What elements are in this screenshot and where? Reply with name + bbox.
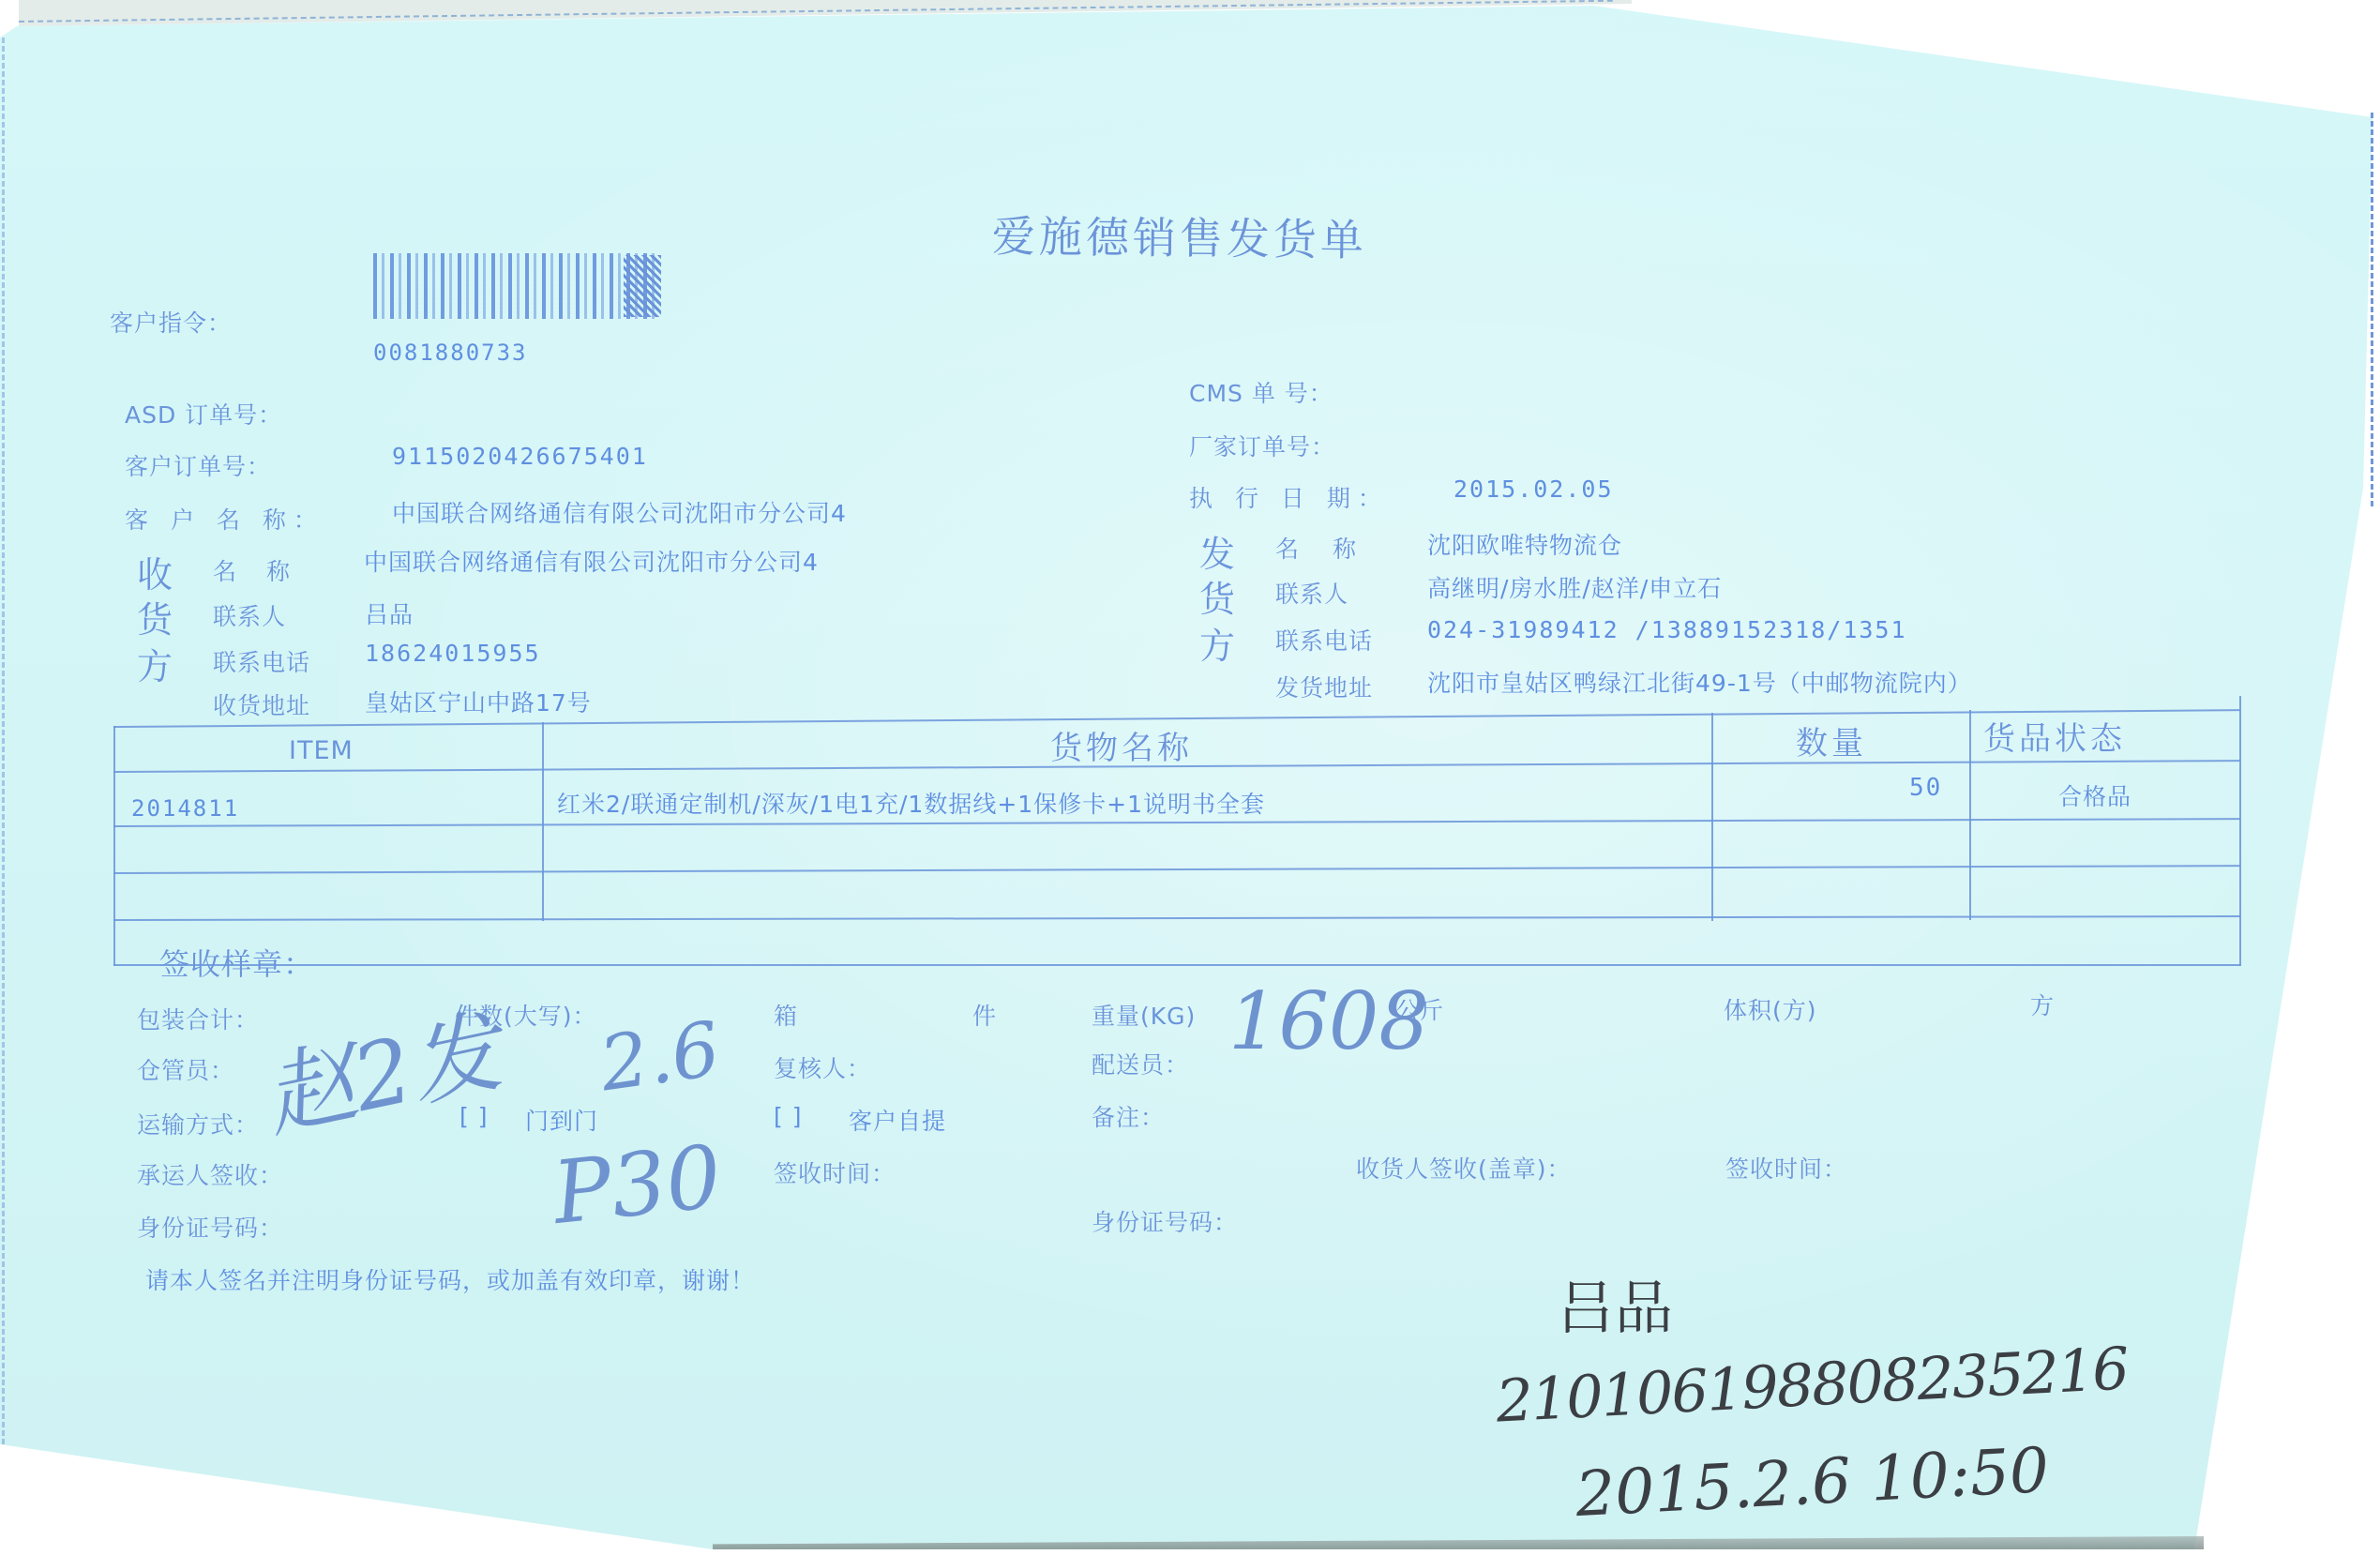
sender-contact-value: 高继明/房水胜/赵洋/申立石	[1427, 570, 1722, 604]
barcode-icon	[373, 253, 660, 319]
sender-address-value: 沈阳市皇姑区鸭绿江北街49-1号（中邮物流院内）	[1427, 665, 1972, 699]
id-number-label: 身份证号码：	[137, 1210, 283, 1244]
sender-name-value: 沈阳欧唯特物流仓	[1427, 527, 1622, 561]
sender-address-label: 发货地址	[1275, 670, 1373, 703]
signature-notice: 请本人签名并注明身份证号码，或加盖有效印章，谢谢！	[145, 1262, 755, 1296]
table-bottom-border	[113, 964, 2240, 966]
receiver-address-label: 收货地址	[213, 687, 310, 721]
row-goods-name: 红米2/联通定制机/深灰/1电1充/1数据线+1保修卡+1说明书全套	[557, 786, 1265, 820]
barcode-finder-icon	[624, 255, 661, 317]
sign-time-label: 签收时间：	[774, 1155, 896, 1189]
receiver-address-value: 皇姑区宁山中路17号	[365, 685, 592, 718]
weight-label: 重量(KG)	[1092, 998, 1196, 1032]
handwritten-p-note: P30	[549, 1126, 726, 1244]
table-right-border	[2239, 696, 2241, 966]
consignee-sign-time-label: 签收时间：	[1725, 1151, 1847, 1185]
id-number-label-right: 身份证号码：	[1092, 1204, 1238, 1238]
exec-date-label: 执 行 日 期：	[1189, 480, 1389, 514]
receiver-phone-label: 联系电话	[213, 644, 310, 678]
piece-label: 件	[972, 998, 997, 1032]
sender-side-char-2: 货	[1199, 570, 1244, 622]
customer-name-value: 中国联合网络通信有限公司沈阳市分公司4	[392, 495, 847, 529]
sender-side-char-1: 发	[1199, 525, 1244, 577]
row-item: 2014811	[131, 795, 239, 822]
self-pickup-checkbox[interactable]: [ ]	[774, 1103, 802, 1130]
barcode-number: 0081880733	[373, 340, 528, 366]
self-pickup-label: 客户自提	[849, 1103, 946, 1137]
customer-order-label: 客户订单号：	[125, 448, 271, 482]
sender-side-char-3: 方	[1199, 617, 1244, 669]
box-label: 箱	[774, 998, 798, 1032]
receiver-phone-value: 18624015955	[365, 640, 541, 667]
volume-unit: 方	[2030, 988, 2055, 1021]
customer-name-label: 客 户 名 称：	[125, 502, 324, 536]
cms-number-label: CMS 单 号：	[1189, 375, 1333, 409]
signature-stamp-label: 签收样章：	[159, 941, 314, 984]
row-status: 合格品	[2058, 778, 2131, 812]
table-col-divider	[542, 722, 544, 921]
transport-method-label: 运输方式：	[137, 1107, 259, 1140]
package-total-label: 包装合计：	[137, 1002, 259, 1035]
column-header-goods-name: 货物名称	[1050, 722, 1193, 768]
factory-order-label: 厂家订单号：	[1189, 429, 1335, 462]
column-header-status: 货品状态	[1983, 713, 2126, 759]
table-col-divider	[1711, 713, 1713, 921]
table-left-border	[113, 726, 115, 966]
table-col-divider	[1969, 710, 1971, 920]
delivery-person-label: 配送员：	[1092, 1047, 1189, 1080]
sender-name-label: 名 称	[1275, 531, 1369, 565]
receiver-contact-label: 联系人	[213, 598, 286, 632]
receiver-side-char-3: 方	[137, 638, 182, 689]
reviewer-label: 复核人：	[774, 1050, 871, 1084]
consignee-sign-label: 收货人签收(盖章)：	[1356, 1151, 1572, 1185]
column-header-item: ITEM	[289, 736, 354, 765]
exec-date-value: 2015.02.05	[1454, 476, 1614, 503]
column-header-quantity: 数量	[1796, 717, 1867, 763]
receiver-name-value: 中国联合网络通信有限公司沈阳市分公司4	[364, 544, 819, 578]
handwritten-weight: 1608	[1228, 975, 1429, 1067]
document-title: 爱施德销售发货单	[992, 203, 1368, 268]
sender-phone-label: 联系电话	[1275, 623, 1373, 657]
handwritten-receiver-signature: 吕品	[1557, 1261, 1673, 1345]
customer-instruction-label: 客户指令：	[110, 305, 232, 339]
perforation-right	[2371, 113, 2373, 506]
receiver-side-char-2: 货	[137, 591, 182, 642]
carrier-sign-label: 承运人签收：	[137, 1157, 283, 1191]
warehouse-keeper-label: 仓管员：	[137, 1052, 234, 1086]
row-quantity: 50	[1909, 774, 1942, 802]
volume-label: 体积(方)	[1724, 992, 1817, 1026]
asd-order-label: ASD 订单号：	[125, 397, 282, 430]
sender-phone-value: 024-31989412 /13889152318/1351	[1427, 616, 1907, 643]
receiver-side-char-1: 收	[137, 546, 182, 597]
customer-order-value: 9115020426675401	[392, 443, 648, 470]
door-to-door-label: 门到门	[525, 1103, 598, 1137]
sender-contact-label: 联系人	[1275, 576, 1348, 610]
handwritten-keeper-date: 2.6	[595, 1005, 725, 1109]
perforation-left	[2, 38, 5, 1444]
remarks-label: 备注：	[1092, 1099, 1165, 1133]
receiver-contact-value: 吕品	[365, 596, 414, 630]
receiver-name-label: 名 称	[213, 553, 301, 587]
